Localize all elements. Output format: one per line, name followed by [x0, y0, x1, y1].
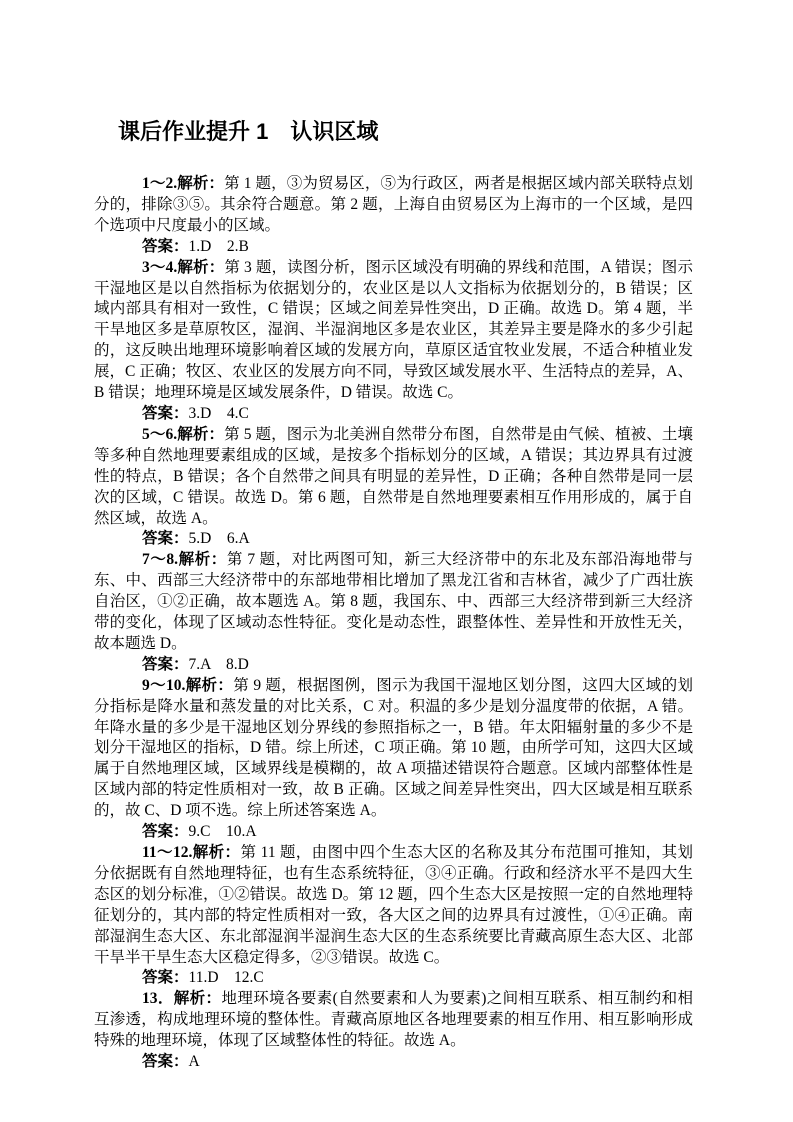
question-range: 3～4. — [142, 259, 177, 276]
question-range: 5～6. — [142, 426, 177, 443]
question-range: 9～10. — [142, 677, 185, 694]
analysis-label: 解析： — [177, 175, 224, 192]
qa-section-1-2: 1～2.解析：第 1 题，③为贸易区，⑤为行政区，两者是根据区域内部关联特点划分… — [94, 174, 693, 258]
question-range: 1～2. — [142, 175, 177, 192]
analysis-paragraph: 1～2.解析：第 1 题，③为贸易区，⑤为行政区，两者是根据区域内部关联特点划分… — [94, 174, 693, 237]
analysis-paragraph: 7～8.解析：第 7 题，对比两图可知，新三大经济带中的东北及东部沿海地带与东、… — [94, 550, 693, 655]
analysis-label: 解析： — [178, 551, 227, 568]
answer-text: A — [189, 1053, 200, 1070]
answer-label: 答案： — [142, 530, 189, 547]
answer-paragraph: 答案：9.C 10.A — [94, 822, 693, 843]
answer-text: 11.D 12.C — [189, 969, 264, 986]
qa-section-13: 13．解析：地理环境各要素(自然要素和人为要素)之间相互联系、相互制约和相互渗透… — [94, 989, 693, 1073]
answer-label: 答案： — [142, 238, 189, 255]
qa-section-3-4: 3～4.解析：第 3 题，读图分析，图示区域没有明确的界线和范围，A 错误；图示… — [94, 258, 693, 425]
analysis-label: 解析： — [174, 990, 222, 1007]
question-range: 11～12. — [142, 844, 192, 861]
answer-paragraph: 答案：7.A 8.D — [94, 655, 693, 676]
qa-section-9-10: 9～10.解析：第 9 题，根据图例，图示为我国干湿地区划分图，这四大区域的划分… — [94, 676, 693, 843]
analysis-text: 第 11 题，由图中四个生态大区的名称及其分布范围可推知，其划分依据既有自然地理… — [94, 844, 693, 966]
answer-text: 9.C 10.A — [189, 823, 257, 840]
answer-text: 3.D 4.C — [189, 405, 249, 422]
answer-label: 答案： — [142, 656, 189, 673]
answer-text: 1.D 2.B — [189, 238, 249, 255]
question-number: 13． — [142, 990, 174, 1007]
answer-label: 答案： — [142, 405, 189, 422]
answer-paragraph: 答案：A — [94, 1052, 693, 1073]
analysis-label: 解析： — [177, 426, 224, 443]
analysis-label: 解析： — [185, 677, 233, 694]
answer-label: 答案： — [142, 969, 189, 986]
analysis-text: 第 3 题，读图分析，图示区域没有明确的界线和范围，A 错误；图示干湿地区是以自… — [94, 259, 693, 401]
answer-paragraph: 答案：3.D 4.C — [94, 404, 693, 425]
analysis-text: 第 9 题，根据图例，图示为我国干湿地区划分图，这四大区域的划分指标是降水量和蒸… — [94, 677, 693, 819]
analysis-paragraph: 11～12.解析：第 11 题，由图中四个生态大区的名称及其分布范围可推知，其划… — [94, 843, 693, 968]
answer-text: 5.D 6.A — [189, 530, 250, 547]
qa-section-7-8: 7～8.解析：第 7 题，对比两图可知，新三大经济带中的东北及东部沿海地带与东、… — [94, 550, 693, 675]
analysis-label: 解析： — [192, 844, 240, 861]
answer-paragraph: 答案：5.D 6.A — [94, 529, 693, 550]
page-title: 课后作业提升 1 认识区域 — [94, 121, 693, 143]
analysis-paragraph: 9～10.解析：第 9 题，根据图例，图示为我国干湿地区划分图，这四大区域的划分… — [94, 676, 693, 822]
answer-label: 答案： — [142, 823, 189, 840]
qa-section-5-6: 5～6.解析：第 5 题，图示为北美洲自然带分布图，自然带是由气候、植被、土壤等… — [94, 425, 693, 550]
question-range: 7～8. — [142, 551, 178, 568]
document-page: 课后作业提升 1 认识区域 1～2.解析：第 1 题，③为贸易区，⑤为行政区，两… — [0, 0, 793, 1122]
analysis-paragraph: 3～4.解析：第 3 题，读图分析，图示区域没有明确的界线和范围，A 错误；图示… — [94, 258, 693, 404]
answer-label: 答案： — [142, 1053, 189, 1070]
answer-text: 7.A 8.D — [189, 656, 249, 673]
qa-section-11-12: 11～12.解析：第 11 题，由图中四个生态大区的名称及其分布范围可推知，其划… — [94, 843, 693, 989]
document-content: 课后作业提升 1 认识区域 1～2.解析：第 1 题，③为贸易区，⑤为行政区，两… — [94, 121, 693, 1073]
analysis-paragraph: 13．解析：地理环境各要素(自然要素和人为要素)之间相互联系、相互制约和相互渗透… — [94, 989, 693, 1052]
analysis-paragraph: 5～6.解析：第 5 题，图示为北美洲自然带分布图，自然带是由气候、植被、土壤等… — [94, 425, 693, 530]
answer-paragraph: 答案：11.D 12.C — [94, 968, 693, 989]
analysis-label: 解析： — [177, 259, 224, 276]
answer-paragraph: 答案：1.D 2.B — [94, 237, 693, 258]
